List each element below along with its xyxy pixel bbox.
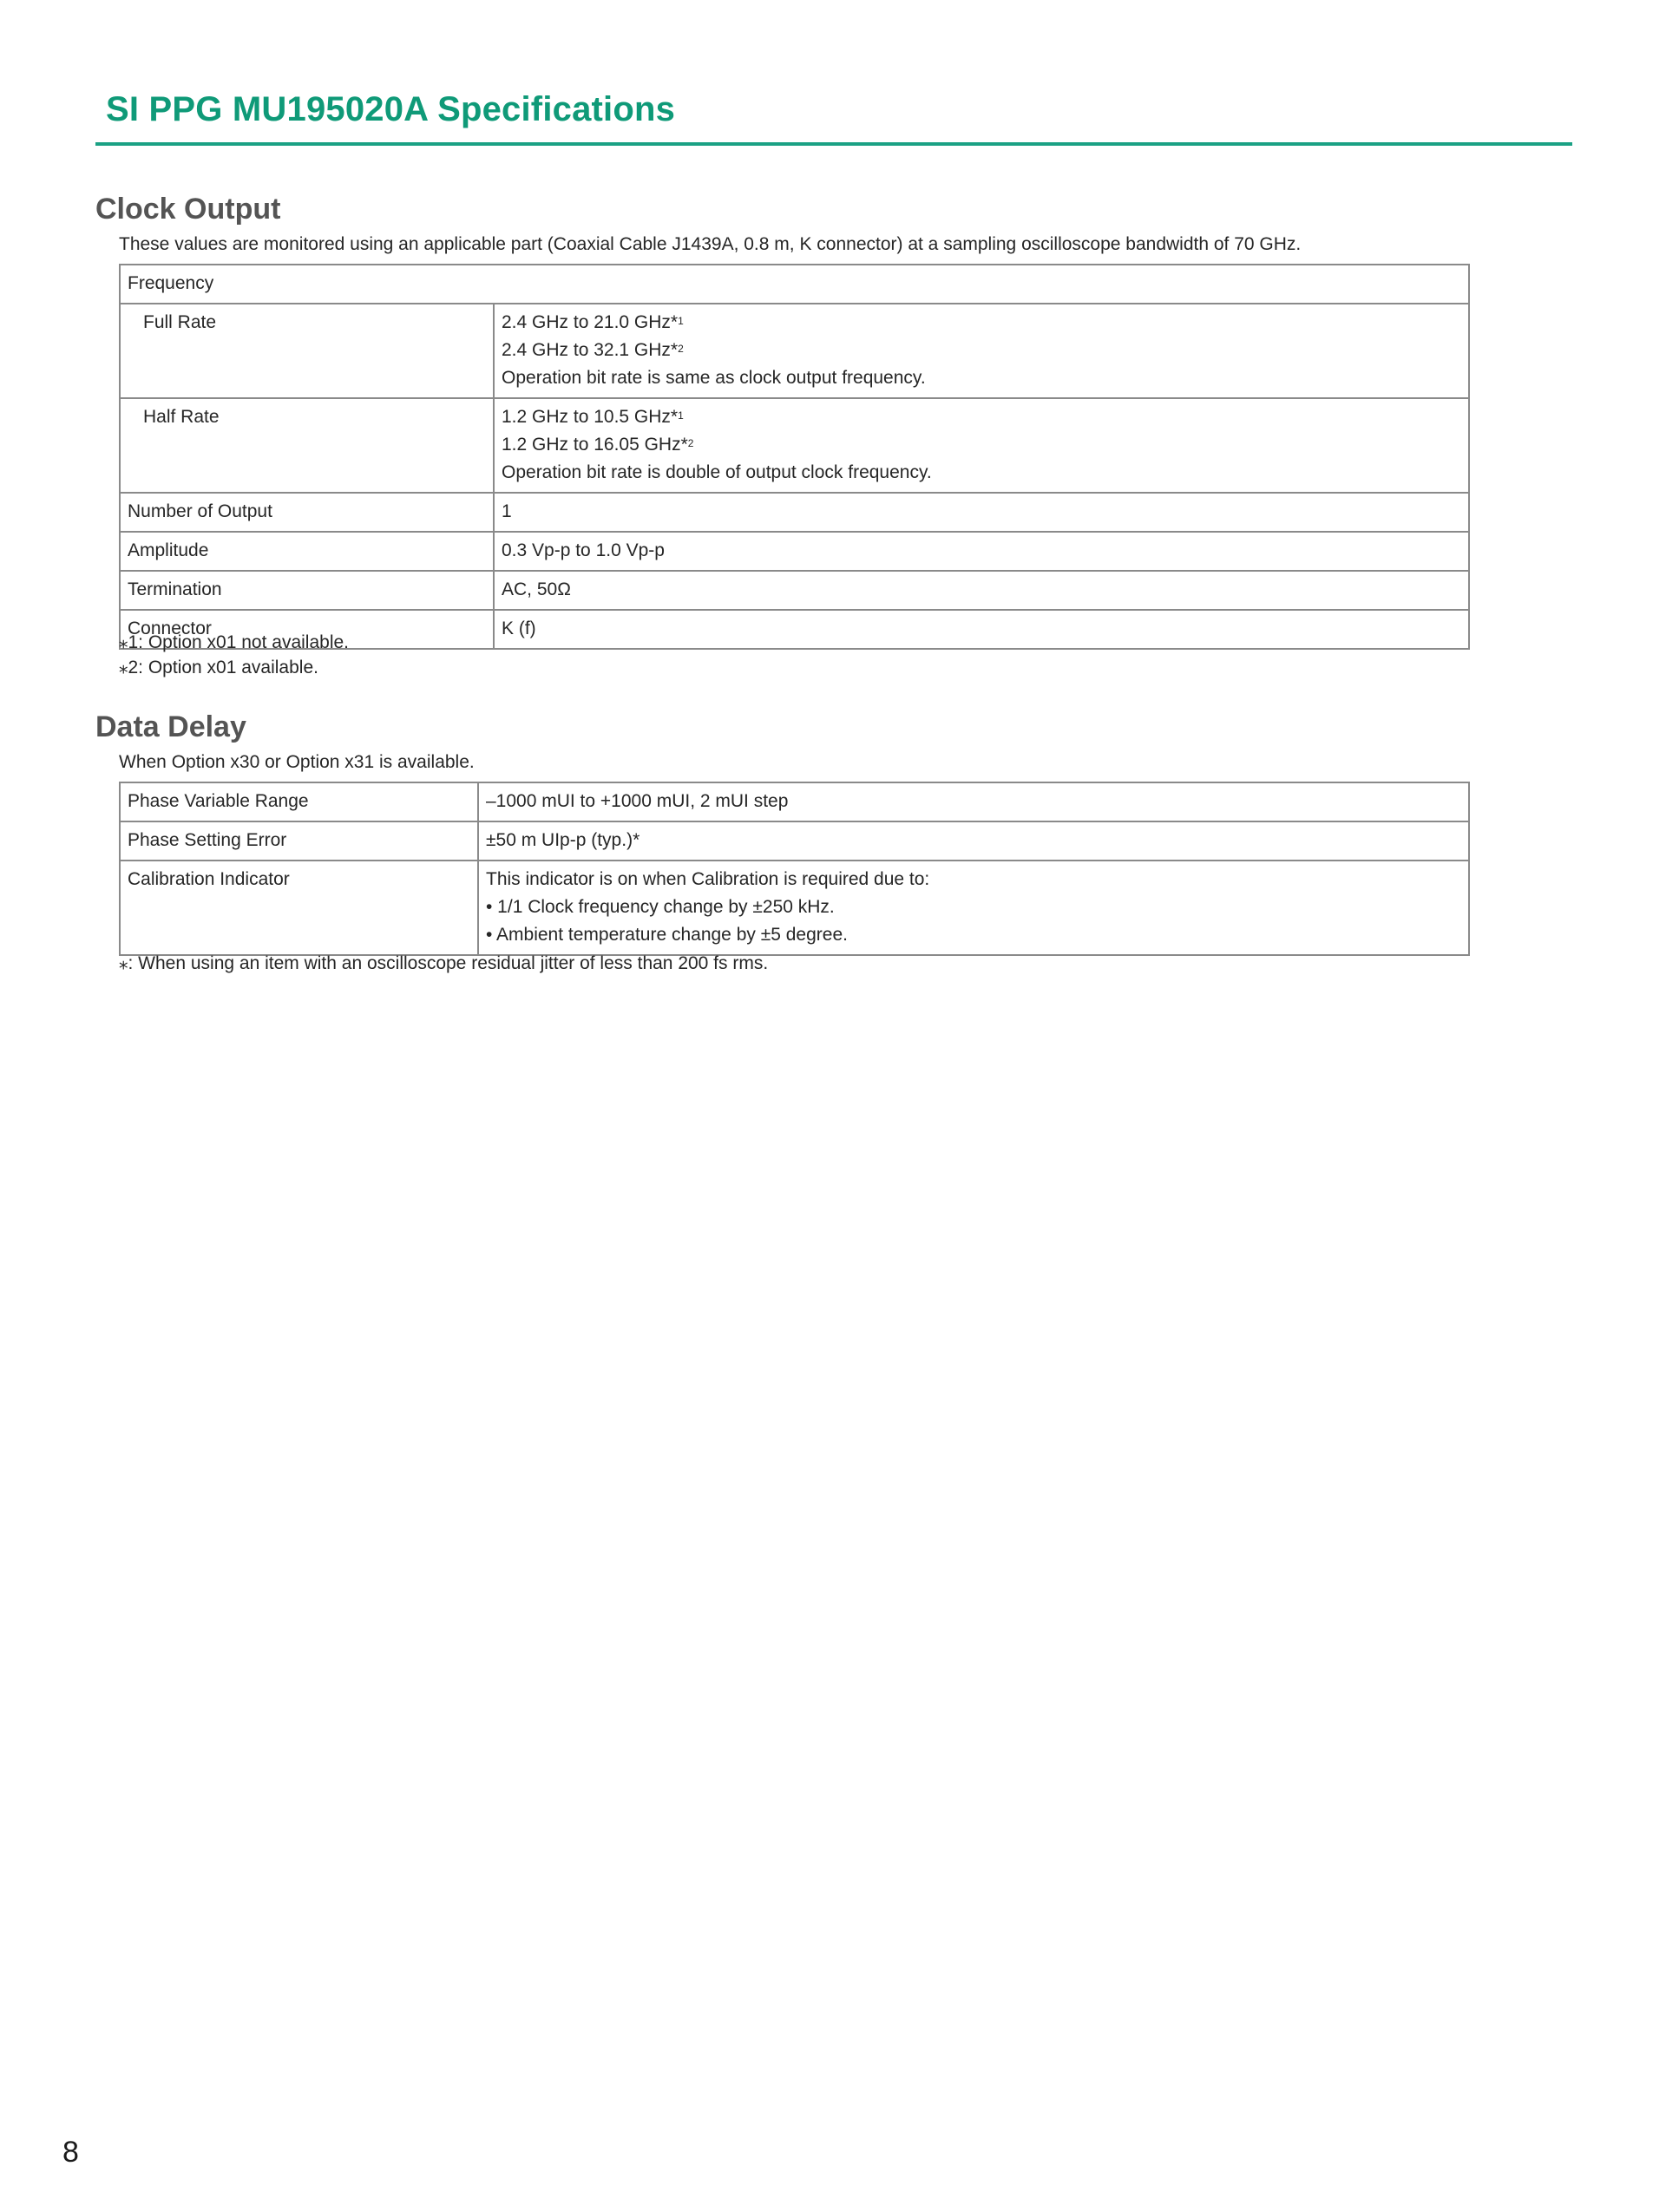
calibration-indicator-label: Calibration Indicator <box>120 861 478 955</box>
table-row: Half Rate 1.2 GHz to 10.5 GHz*1 1.2 GHz … <box>120 398 1469 493</box>
data-delay-table: Phase Variable Range –1000 mUI to +1000 … <box>119 782 1470 956</box>
page-title: SI PPG MU195020A Specifications <box>106 90 675 129</box>
table-row: Calibration Indicator This indicator is … <box>120 861 1469 955</box>
section-heading-clock-output: Clock Output <box>95 193 280 226</box>
calibration-indicator-value: This indicator is on when Calibration is… <box>478 861 1469 955</box>
full-rate-value: 2.4 GHz to 21.0 GHz*1 2.4 GHz to 32.1 GH… <box>494 304 1469 398</box>
half-rate-value: 1.2 GHz to 10.5 GHz*1 1.2 GHz to 16.05 G… <box>494 398 1469 493</box>
table-row: Phase Variable Range –1000 mUI to +1000 … <box>120 782 1469 821</box>
full-rate-label: Full Rate <box>120 304 494 398</box>
table-row: Amplitude 0.3 Vp-p to 1.0 Vp-p <box>120 532 1469 571</box>
footnote-jitter: ⁎: When using an item with an oscillosco… <box>119 951 768 976</box>
footnote-1: ⁎1: Option x01 not available. <box>119 630 349 655</box>
table-row: Number of Output 1 <box>120 493 1469 532</box>
table-row: Termination AC, 50Ω <box>120 571 1469 610</box>
footnote-2: ⁎2: Option x01 available. <box>119 655 318 680</box>
clock-output-table: Frequency Full Rate 2.4 GHz to 21.0 GHz*… <box>119 264 1470 650</box>
frequency-label: Frequency <box>120 265 1469 304</box>
section-heading-data-delay: Data Delay <box>95 710 246 744</box>
title-divider <box>95 142 1572 146</box>
table-row: Full Rate 2.4 GHz to 21.0 GHz*1 2.4 GHz … <box>120 304 1469 398</box>
clock-output-intro: These values are monitored using an appl… <box>119 234 1301 255</box>
half-rate-label: Half Rate <box>120 398 494 493</box>
table-row: Frequency <box>120 265 1469 304</box>
data-delay-intro: When Option x30 or Option x31 is availab… <box>119 752 475 773</box>
page-number: 8 <box>62 2136 79 2169</box>
table-row: Phase Setting Error ±50 m UIp-p (typ.)* <box>120 821 1469 861</box>
